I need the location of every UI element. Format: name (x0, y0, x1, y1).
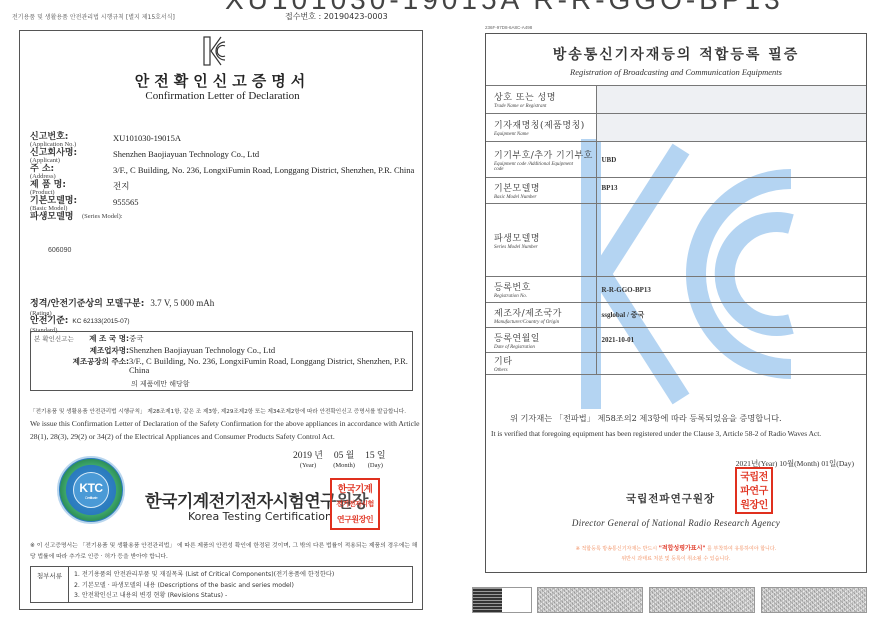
barcode-icon (472, 587, 532, 613)
factory-address: 제조공장의 주소:3/F., C Building, No. 236, Long… (31, 357, 409, 375)
attachments-box: 첨부서류 1. 전기용품의 안전관리부품 및 재질목록 (List of Cri… (30, 566, 413, 603)
document-title-en: Confirmation Letter of Declaration (0, 90, 445, 102)
registration-table: 상호 또는 성명Trade Name or Registrant 기자재명칭(제… (486, 85, 866, 375)
table-row: 제조자/제조국가Manufacturer/Country of Origin s… (486, 303, 866, 328)
ktc-certificate-logo-icon: KTCCertificate (57, 456, 125, 524)
redacted-value (596, 114, 866, 142)
official-seal-icon: 한국기계 전기전자시험 연구원장인 (330, 478, 380, 530)
registration-certificate-frame: 방송통신기자재등의 적합등록 필증 Registration of Broadc… (485, 33, 867, 573)
issue-date: 2019 년(Year) 05 월(Month) 15 일(Day) (293, 448, 394, 469)
series-model-value: 606090 (48, 247, 71, 254)
agency-seal-icon: 국립전 파연구 원장인 (735, 467, 773, 514)
table-row: 기타Others (486, 353, 866, 375)
labeling-warning: ※ 적합등록 방송통신기자재는 반드시 "적합성평가표시" 를 부착하여 유통하… (486, 544, 866, 564)
agency-name-ko: 국립전파연구원장 (626, 491, 715, 506)
barcode-icon (537, 587, 643, 613)
form-reference: 전기용품 및 생활용품 안전관리법 시행규칙 [별지 제15호서식] (12, 12, 175, 21)
barcode-icon (649, 587, 755, 613)
kc-mark-icon (203, 36, 227, 66)
attachment-item: 2. 기본모델 · 파생모델의 내용 (Descriptions of the … (74, 581, 334, 592)
table-row: 등록번호Registration No. R-R-GGO-BP13 (486, 277, 866, 303)
manufacturer-country: 제 조 국 명:중국 (31, 334, 144, 343)
table-row: 기기부호/추가 기기부호Equipment code /Additional E… (486, 142, 866, 178)
table-row: 상호 또는 성명Trade Name or Registrant (486, 86, 866, 114)
manufacturer-name: 제조업자명:Shenzhen Baojiayuan Technology Co.… (31, 346, 275, 355)
table-row: 기자재명칭(제품명칭)Equipment Name (486, 114, 866, 142)
document-title-ko: 안전확인신고증명서 (0, 70, 445, 91)
redacted-value (596, 86, 866, 114)
issuance-statement-en: We issue this Confirmation Letter of Dec… (30, 418, 420, 443)
table-row: 등록연월일Date of Registration 2021-10-01 (486, 328, 866, 353)
manufacturer-box: 본 확인신고는 제 조 국 명:중국 제조업자명:Shenzhen Baojia… (30, 331, 413, 391)
table-row: 파생모델명Series Model Number (486, 204, 866, 277)
issuance-statement-ko: 「전기용품 및 생활용품 안전관리법 시행규칙」 제28조제1항, 같은 조 제… (30, 407, 406, 415)
legal-note: ※ 이 신고증명서는 「전기용품 및 생활용품 안전관리법」 에 따른 제품의 … (30, 541, 420, 563)
barcode-icon (761, 587, 867, 613)
certificate-title-ko: 방송통신기자재등의 적합등록 필증 (486, 44, 866, 64)
attachment-item: 3. 안전확인신고 내용의 변경 현황 (Revisions Status) - (74, 591, 334, 602)
issuer-name-en: Korea Testing Certification (188, 510, 332, 523)
document-id: 236F-97D8-6A8C-A498 (485, 25, 532, 30)
table-row: 기본모델명Basic Model Number BP13 (486, 178, 866, 204)
certificate-title-en: Registration of Broadcasting and Communi… (486, 67, 866, 77)
verification-statement-en: It is verified that foregoing equipment … (491, 427, 863, 440)
agency-name-en: Director General of National Radio Resea… (486, 518, 866, 528)
verification-statement-ko: 위 기자재는 「전파법」 제58조의2 제3항에 따라 등록되었음을 증명합니다… (510, 413, 782, 424)
attachment-item: 1. 전기용품의 안전관리부품 및 재질목록 (List of Critical… (74, 570, 334, 581)
receipt-number: 접수번호 : 20190423-0003 (285, 11, 388, 22)
